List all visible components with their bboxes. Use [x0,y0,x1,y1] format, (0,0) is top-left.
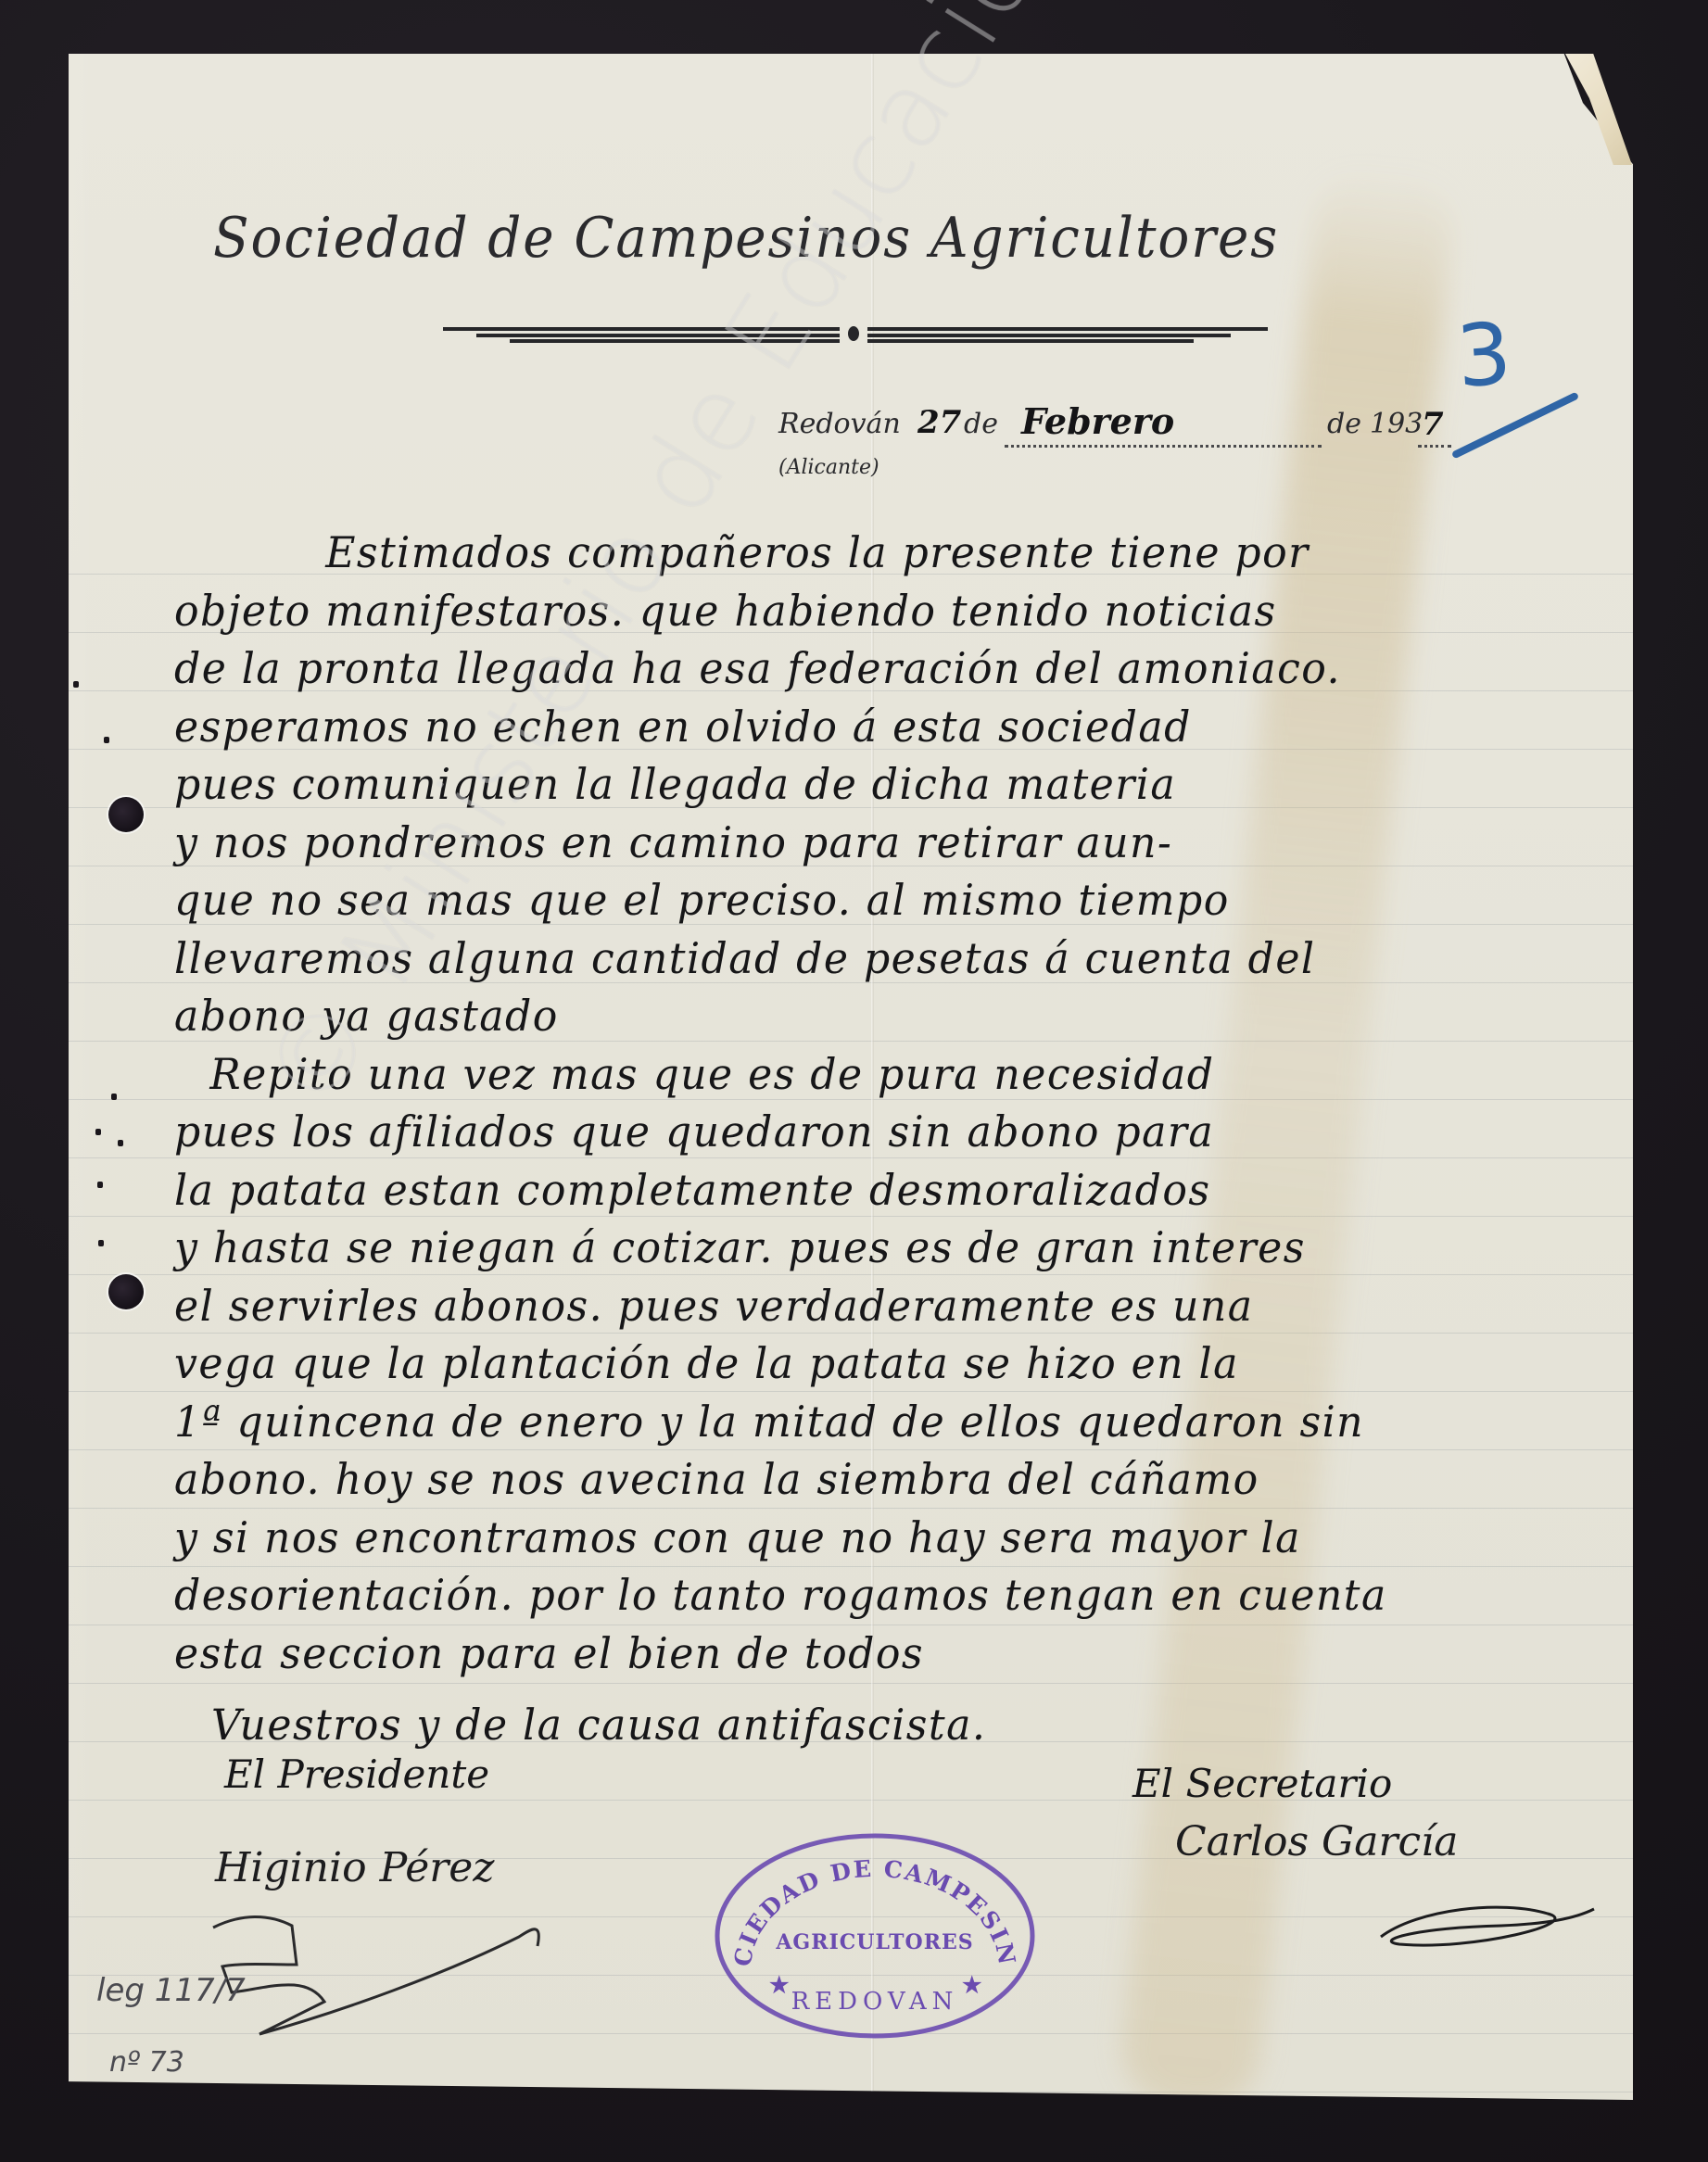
body-line: esta seccion para el bien de todos [174,1625,1563,1683]
secretary-signature: Carlos García [1175,1818,1458,1865]
stamp-center-text: AGRICULTORES [712,1930,1038,1954]
signature-flourish-icon [204,1909,593,2039]
signature-flourish-icon [1362,1872,1603,1955]
archive-number-note: nº 73 [109,2046,184,2079]
pin-hole-icon [98,1240,104,1246]
date-month: Febrero [1021,400,1174,442]
body-line: Estimados compañeros la presente tiene p… [174,524,1563,582]
year-digit: 7 [1422,406,1444,443]
body-line: el servirles abonos. pues verdaderamente… [174,1277,1563,1335]
archive-legajo-note: leg 117/7 [96,1972,246,2009]
rule-line [867,327,1268,331]
body-line: y si nos encontramos con que no hay sera… [174,1509,1563,1567]
pin-hole-icon [95,1129,101,1135]
body-line: de la pronta llegada ha esa federación d… [174,639,1563,698]
body-line: pues comuniquen la llegada de dicha mate… [174,755,1563,814]
pin-hole-icon [73,681,79,688]
president-signature: Higinio Pérez [215,1844,495,1891]
body-line: vega que la plantación de la patata se h… [174,1334,1563,1393]
year-printed: 193 [1370,408,1423,440]
pin-hole-icon [104,737,109,743]
body-line: objeto manifestaros. que habiendo tenido… [174,582,1563,640]
pin-hole-icon [97,1182,103,1188]
pin-hole-icon [118,1140,123,1146]
pin-hole-icon [111,1094,117,1100]
society-stamp: SOCIEDAD DE CAMPESINOS AGRICULTORES ★ ★ … [712,1830,1038,2042]
stamp-bottom-text: REDOVAN [712,1988,1038,2016]
rule-line [867,339,1194,343]
body-line: 1ª quincena de enero y la mitad de ellos… [174,1393,1563,1451]
date-de-label: de [964,408,998,440]
punch-hole-icon [108,797,144,832]
body-line: la patata estan completamente desmoraliz… [174,1161,1563,1220]
body-line: desorientación. por lo tanto rogamos ten… [174,1566,1563,1625]
body-line: pues los afiliados que quedaron sin abon… [174,1103,1563,1161]
date-day: 27 [917,404,961,441]
body-line: esperamos no echen en olvido á esta soci… [174,698,1563,756]
province: (Alicante) [778,456,879,479]
dateline: Redován 27 de Febrero de 193 7 [765,408,1507,454]
body-line: abono. hoy se nos avecina la siembra del… [174,1450,1563,1509]
secretary-label: El Secretario [1132,1761,1392,1806]
ornament-dot-icon [848,326,859,341]
closing-salutation: Vuestros y de la causa antifascista. [211,1696,986,1754]
rule-line [867,334,1231,337]
month-fill-line [1005,445,1322,448]
place-printed: Redován [778,408,901,440]
punch-hole-icon [108,1274,144,1309]
folio-number: 3 [1453,304,1514,407]
year-fill-line [1418,445,1451,448]
body-line: y hasta se niegan á cotizar. pues es de … [174,1219,1563,1277]
year-de-label: de [1327,408,1361,440]
president-label: El Presidente [224,1751,489,1797]
letter-body: Estimados compañeros la presente tiene p… [174,524,1620,1682]
